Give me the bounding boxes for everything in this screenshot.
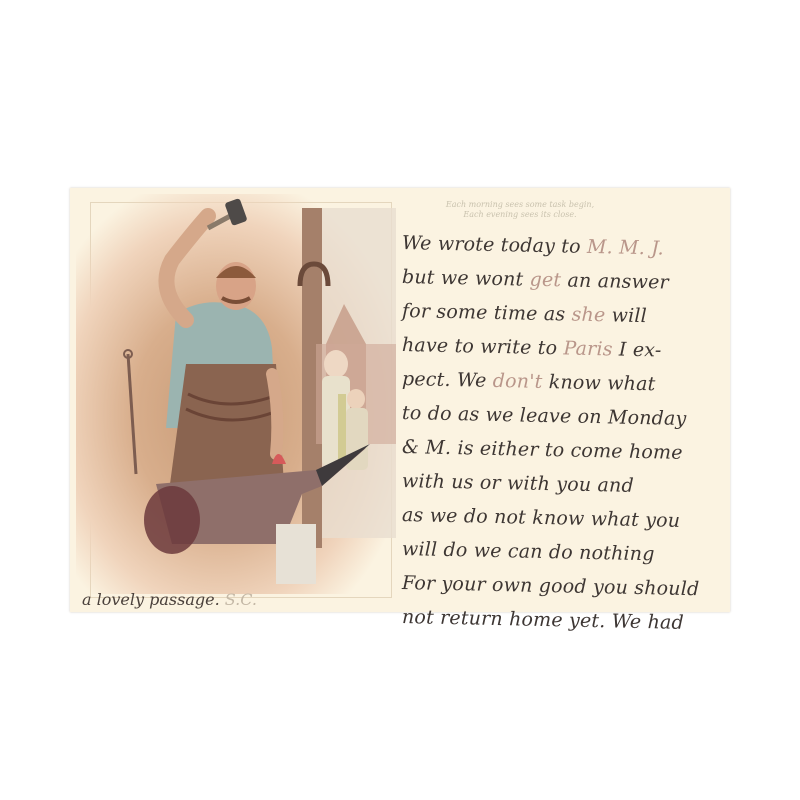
postcard: Each morning sees some task begin, Each …	[70, 188, 730, 612]
faded-ink-word: she	[571, 304, 605, 327]
faded-ink-word: Paris	[563, 337, 613, 360]
blacksmith-illustration	[76, 194, 396, 594]
handwritten-message: We wrote today to M. M. J.but we wont ge…	[402, 226, 732, 634]
bottom-note-text: a lovely passage.	[82, 590, 220, 609]
faded-ink-word: don't	[493, 370, 543, 393]
printed-caption: Each morning sees some task begin, Each …	[400, 200, 640, 220]
caption-line-2: Each evening sees its close.	[400, 210, 640, 220]
faded-ink-word: M. M. J.	[587, 236, 664, 260]
handwritten-line: not return home yet. We had	[402, 600, 733, 641]
faded-ink-word: get	[529, 269, 561, 292]
bottom-note: a lovely passage. S.C.	[82, 590, 257, 609]
caption-line-1: Each morning sees some task begin,	[400, 200, 640, 210]
bottom-note-initials: S.C.	[225, 590, 257, 609]
